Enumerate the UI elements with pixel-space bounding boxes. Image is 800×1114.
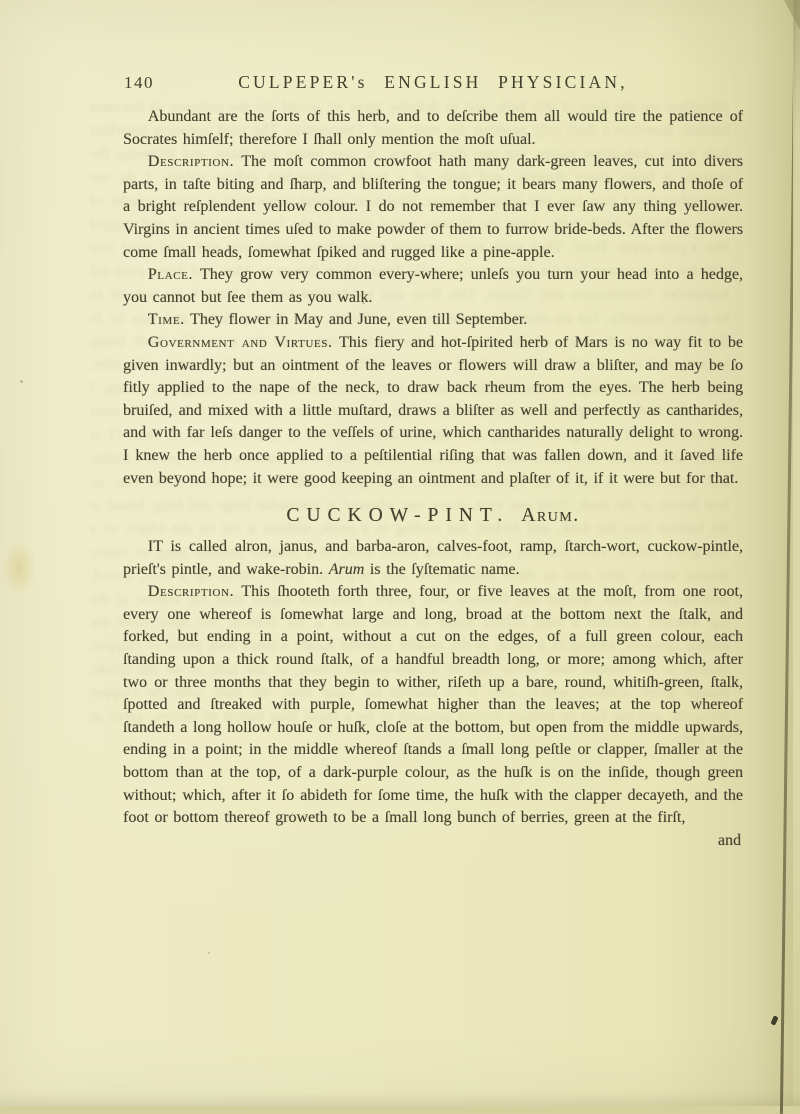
section-label: Description.: [148, 153, 234, 170]
article-heading: CUCKOW-PINT.Arum.: [123, 505, 743, 527]
paper-speck: [208, 952, 210, 954]
catchword: and: [123, 830, 743, 853]
text-run: This ſhooteth forth three, four, or five…: [123, 583, 743, 826]
running-head: 140 CULPEPER's ENGLISH PHYSICIAN,: [123, 70, 743, 106]
text-run: They flower in May and June, even till S…: [185, 311, 527, 328]
paragraph: Abundant are the ſorts of this herb, and…: [123, 106, 743, 151]
text-run: They grow very common every-where; unleſ…: [123, 266, 743, 306]
paragraph: Time. They flower in May and June, even …: [123, 309, 743, 332]
section-label: Description.: [148, 583, 234, 600]
article-heading-name: CUCKOW-PINT.: [286, 505, 509, 526]
running-title: CULPEPER's ENGLISH PHYSICIAN,: [123, 72, 743, 93]
book-page-scan: Abundant are the ſorts of this herb, and…: [0, 0, 800, 1106]
paragraph: Place. They grow very common every-where…: [123, 264, 743, 309]
article-heading-latin-name: Arum.: [521, 505, 579, 526]
paper-speck: [20, 380, 23, 383]
cuckow-pint-section-text: IT is called alron, janus, and barba-aro…: [123, 536, 743, 830]
text-run: is the ſyſtematic name.: [364, 561, 519, 578]
paper-stain: [2, 540, 36, 596]
paragraph: Description. The moſt common crowfoot ha…: [123, 151, 743, 264]
paragraph: IT is called alron, janus, and barba-aro…: [123, 536, 743, 581]
printed-area: 140 CULPEPER's ENGLISH PHYSICIAN, Abunda…: [123, 70, 743, 852]
text-run: Abundant are the ſorts of this herb, and…: [123, 108, 743, 148]
paragraph: Description. This ſhooteth forth three, …: [123, 581, 743, 830]
crowfoot-section-text: Abundant are the ſorts of this herb, and…: [123, 106, 743, 490]
section-label: Place.: [148, 266, 193, 283]
ink-speck: [770, 1015, 778, 1025]
latin-name: Arum: [329, 561, 365, 578]
paragraph: Government and Virtues. This fiery and h…: [123, 332, 743, 490]
section-label: Time.: [148, 311, 185, 328]
text-run: This fiery and hot-ſpirited herb of Mars…: [123, 334, 743, 487]
section-label: Government and Virtues.: [148, 334, 333, 351]
adjacent-page-edge: [793, 0, 800, 1106]
